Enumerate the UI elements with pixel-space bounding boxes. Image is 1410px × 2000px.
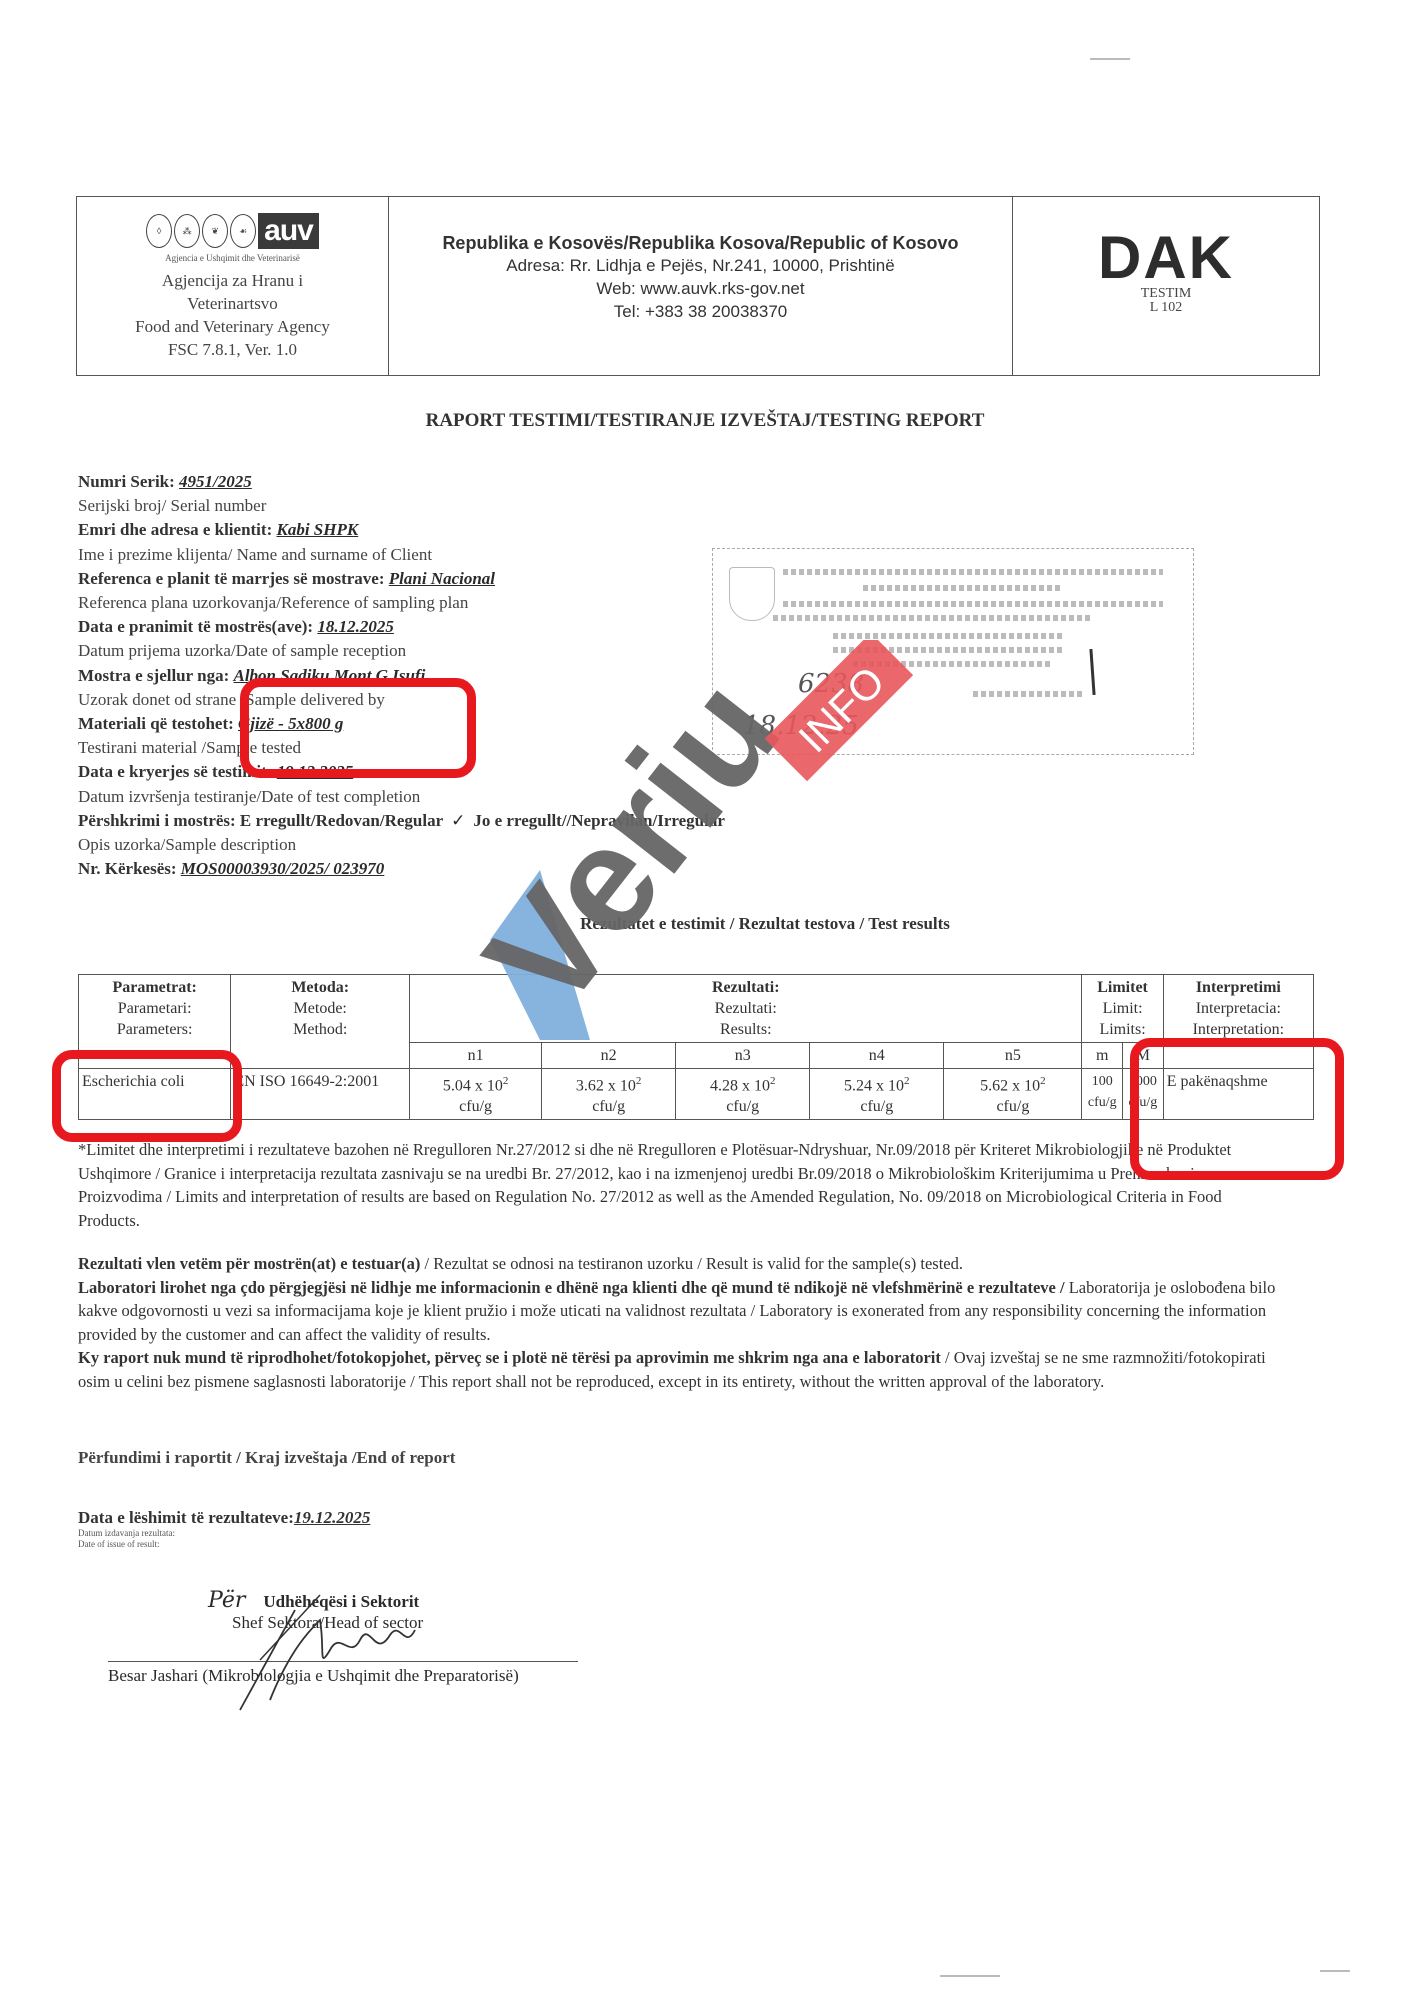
- report-title: RAPORT TESTIMI/TESTIRANJE IZVEŠTAJ/TESTI…: [0, 410, 1410, 432]
- result-n1: 5.04 x 102cfu/g: [410, 1069, 542, 1120]
- kosovo-coat-of-arms-icon: [729, 567, 775, 621]
- result-value: 5.24 x 10: [844, 1077, 904, 1094]
- disclaimer: Rezultati vlen vetëm për mostrën(at) e t…: [78, 1252, 1278, 1393]
- reception-label: Data e pranimit të mostrës(ave):: [78, 617, 313, 636]
- result-value: 5.62 x 10: [980, 1077, 1040, 1094]
- stamp-text-line: [783, 601, 1163, 607]
- issue-label: Data e lëshimit të rezultateve:: [78, 1508, 294, 1527]
- stamp-text-line: [973, 691, 1083, 697]
- disclaimer-text: / Rezultat se odnosi na testiranon uzork…: [420, 1254, 963, 1273]
- test-date-label: Data e kryerjes së testimit:: [78, 762, 272, 781]
- limit-m-cell: 100cfu/g: [1082, 1069, 1123, 1120]
- description-label: Përshkrimi i mostrës: E rregullt/Redovan…: [78, 811, 443, 830]
- agency-contact-block: Republika e Kosovës/Republika Kosova/Rep…: [389, 197, 1013, 375]
- delivered-translation: Uzorak donet od strane /Sample delivered…: [78, 688, 698, 712]
- limit-value: 100: [1092, 1074, 1113, 1089]
- material-label: Materiali që testohet:: [78, 714, 234, 733]
- limit-value: 1000: [1129, 1074, 1157, 1089]
- issue-translation-2: Date of issue of result:: [78, 1539, 370, 1550]
- accreditation-block: DAK TESTIM L 102: [1013, 197, 1319, 375]
- result-n2: 3.62 x 102cfu/g: [542, 1069, 676, 1120]
- scan-speck: [1090, 58, 1130, 60]
- stamp-text-line: [863, 585, 1063, 591]
- disclaimer-bold: Laboratori lirohet nga çdo përgjegjësi n…: [78, 1278, 1065, 1297]
- result-value: 3.62 x 10: [576, 1077, 636, 1094]
- stamp-text-line: [773, 615, 1093, 621]
- header-line: Results:: [413, 1019, 1078, 1040]
- disclaimer-bold: Rezultati vlen vetëm për mostrën(at) e t…: [78, 1254, 420, 1273]
- report-header: ◊ ⁂ ❦ ☙ auv Agjencia e Ushqimit dhe Vete…: [76, 196, 1320, 376]
- drop-icon: ◊: [146, 214, 172, 248]
- test-date-value: 19.12.2025: [277, 762, 354, 781]
- agency-line: Agjencija za Hranu i: [77, 269, 388, 292]
- parameter-header: Parametrat: Parametari: Parameters:: [79, 975, 231, 1069]
- client-translation: Ime i prezime klijenta/ Name and surname…: [78, 543, 698, 567]
- scan-speck: [940, 1975, 1000, 1977]
- description-translation: Opis uzorka/Sample description: [78, 833, 698, 857]
- result-value: 5.04 x 10: [443, 1077, 503, 1094]
- test-date-translation: Datum izvršenja testiranje/Date of test …: [78, 785, 698, 809]
- interpretation-cell: E pakënaqshme: [1163, 1069, 1313, 1120]
- leaf-icon: ❦: [202, 214, 228, 248]
- result-unit: cfu/g: [860, 1098, 893, 1115]
- header-line: Interpretacia:: [1167, 998, 1310, 1019]
- handwritten-date: 18.12.25: [743, 711, 859, 741]
- plan-value: Plani Nacional: [389, 569, 495, 588]
- result-unit: cfu/g: [996, 1098, 1029, 1115]
- agency-line: Food and Veterinary Agency: [77, 315, 388, 338]
- accreditation-type: TESTIM: [1013, 287, 1319, 301]
- header-line: Parametari:: [82, 998, 227, 1019]
- wheat-icon: ⁂: [174, 214, 200, 248]
- limit-M-cell: 1000cfu/g: [1123, 1069, 1164, 1120]
- header-line: Limits:: [1085, 1019, 1159, 1040]
- header-line: Parametrat:: [82, 977, 227, 998]
- result-unit: cfu/g: [459, 1098, 492, 1115]
- scan-speck: [1320, 1970, 1350, 1972]
- serial-value: 4951/2025: [179, 472, 252, 491]
- telephone: Tel: +383 38 20038370: [389, 300, 1012, 323]
- request-label: Nr. Kërkesës:: [78, 859, 177, 878]
- result-exponent: 2: [1040, 1075, 1046, 1087]
- agency-name: Agjencija za Hranu i Veterinartsvo Food …: [77, 269, 388, 361]
- handwritten-mark: [1089, 649, 1095, 695]
- result-unit: cfu/g: [592, 1098, 625, 1115]
- handwritten-number: 6238: [798, 669, 864, 699]
- interpretation-header: Interpretimi Interpretacia: Interpretati…: [1163, 975, 1313, 1043]
- serial-translation: Serijski broj/ Serial number: [78, 494, 698, 518]
- disclaimer-bold: Ky raport nuk mund të riprodhohet/fotoko…: [78, 1348, 941, 1367]
- delivered-label: Mostra e sjellur nga:: [78, 666, 229, 685]
- animal-icon: ☙: [230, 214, 256, 248]
- result-exponent: 2: [904, 1075, 910, 1087]
- stamp-text-line: [833, 647, 1063, 653]
- header-line: Method:: [234, 1019, 406, 1040]
- republic-name: Republika e Kosovës/Republika Kosova/Rep…: [389, 233, 1012, 254]
- client-value: Kabi SHPK: [276, 520, 358, 539]
- result-exponent: 2: [636, 1075, 642, 1087]
- testing-report-page: ◊ ⁂ ❦ ☙ auv Agjencia e Ushqimit dhe Vete…: [0, 0, 1410, 2000]
- disclaimer-liability: Laboratori lirohet nga çdo përgjegjësi n…: [78, 1276, 1278, 1347]
- client-label: Emri dhe adresa e klientit:: [78, 520, 272, 539]
- serial-label: Numri Serik:: [78, 472, 175, 491]
- disclaimer-reproduction: Ky raport nuk mund të riprodhohet/fotoko…: [78, 1346, 1278, 1393]
- stamp-text-line: [853, 661, 1053, 667]
- delivered-value: Albon Sadiku Mont G.Isufi: [234, 666, 426, 685]
- website: Web: www.auvk.rks-gov.net: [389, 277, 1012, 300]
- result-value: 4.28 x 10: [710, 1077, 770, 1094]
- issue-translation-1: Datum izdavanja rezultata:: [78, 1528, 370, 1539]
- logo-subtitle: Agjencia e Ushqimit dhe Veterinarisë: [77, 253, 388, 263]
- reception-date: 18.12.2025: [317, 617, 394, 636]
- header-line: Metode:: [234, 998, 406, 1019]
- accreditation-number: L 102: [1013, 301, 1319, 315]
- form-version: FSC 7.8.1, Ver. 1.0: [77, 338, 388, 361]
- checkmark-icon: ✓: [451, 809, 465, 833]
- material-value: Gjizë - 5x800 g: [238, 714, 343, 733]
- description-irregular: Jo e rregullt//Nepravilan/Irregular: [473, 811, 725, 830]
- table-header-row: Parametrat: Parametari: Parameters: Meto…: [79, 975, 1314, 1043]
- col-n3: n3: [676, 1043, 810, 1069]
- request-value: MOS00003930/2025/ 023970: [181, 859, 385, 878]
- disclaimer-validity: Rezultati vlen vetëm për mostrën(at) e t…: [78, 1252, 1278, 1276]
- reception-translation: Datum prijema uzorka/Date of sample rece…: [78, 639, 698, 663]
- header-line: Interpretation:: [1167, 1019, 1310, 1040]
- header-line: Interpretimi: [1167, 977, 1310, 998]
- issue-date: 19.12.2025: [294, 1508, 371, 1527]
- header-line: Limitet: [1085, 977, 1159, 998]
- end-of-report: Përfundimi i raportit / Kraj izveštaja /…: [78, 1448, 455, 1468]
- agency-logo-block: ◊ ⁂ ❦ ☙ auv Agjencia e Ushqimit dhe Vete…: [77, 197, 389, 375]
- auv-logo-text: auv: [258, 213, 319, 249]
- results-table: Parametrat: Parametari: Parameters: Meto…: [78, 974, 1314, 1120]
- dak-logo: DAK: [1013, 229, 1319, 287]
- sample-info: Numri Serik: 4951/2025 Serijski broj/ Se…: [78, 470, 698, 881]
- header-line: Rezultati:: [413, 998, 1078, 1019]
- result-n3: 4.28 x 102cfu/g: [676, 1069, 810, 1120]
- method-header: Metoda: Metode: Method:: [231, 975, 410, 1069]
- header-line: Limit:: [1085, 998, 1159, 1019]
- reception-stamp: 6238 18.12.25: [712, 548, 1194, 755]
- col-n5: n5: [944, 1043, 1082, 1069]
- result-unit: cfu/g: [726, 1098, 759, 1115]
- results-title: Rezultatet e testimit / Rezultat testova…: [0, 914, 1410, 934]
- limit-unit: cfu/g: [1128, 1095, 1157, 1110]
- col-n1: n1: [410, 1043, 542, 1069]
- header-line: Parameters:: [82, 1019, 227, 1040]
- result-exponent: 2: [503, 1075, 509, 1087]
- header-line: Metoda:: [234, 977, 406, 998]
- parameter-cell: Escherichia coli: [79, 1069, 231, 1120]
- address: Adresa: Rr. Lidhja e Pejës, Nr.241, 1000…: [389, 254, 1012, 277]
- stamp-text-line: [833, 633, 1063, 639]
- method-cell: EN ISO 16649-2:2001: [231, 1069, 410, 1120]
- plan-label: Referenca e planit të marrjes së mostrav…: [78, 569, 385, 588]
- table-row: Escherichia coli EN ISO 16649-2:2001 5.0…: [79, 1069, 1314, 1120]
- col-n2: n2: [542, 1043, 676, 1069]
- limit-unit: cfu/g: [1088, 1095, 1117, 1110]
- handwritten-signature: [200, 1590, 460, 1720]
- agency-logo: ◊ ⁂ ❦ ☙ auv: [77, 213, 388, 249]
- result-exponent: 2: [770, 1075, 776, 1087]
- limits-footnote: *Limitet dhe interpretimi i rezultateve …: [78, 1138, 1258, 1232]
- material-translation: Testirani material /Sample tested: [78, 736, 698, 760]
- issue-date-block: Data e lëshimit të rezultateve:19.12.202…: [78, 1508, 370, 1550]
- limits-header: Limitet Limit: Limits:: [1082, 975, 1163, 1043]
- col-M: M: [1123, 1043, 1164, 1069]
- col-n4: n4: [810, 1043, 944, 1069]
- col-interp-empty: [1163, 1043, 1313, 1069]
- header-line: Rezultati:: [413, 977, 1078, 998]
- result-n5: 5.62 x 102cfu/g: [944, 1069, 1082, 1120]
- stamp-text-line: [783, 569, 1163, 575]
- col-m: m: [1082, 1043, 1123, 1069]
- result-n4: 5.24 x 102cfu/g: [810, 1069, 944, 1120]
- plan-translation: Referenca plana uzorkovanja/Reference of…: [78, 591, 698, 615]
- agency-line: Veterinartsvo: [77, 292, 388, 315]
- results-header: Rezultati: Rezultati: Results:: [410, 975, 1082, 1043]
